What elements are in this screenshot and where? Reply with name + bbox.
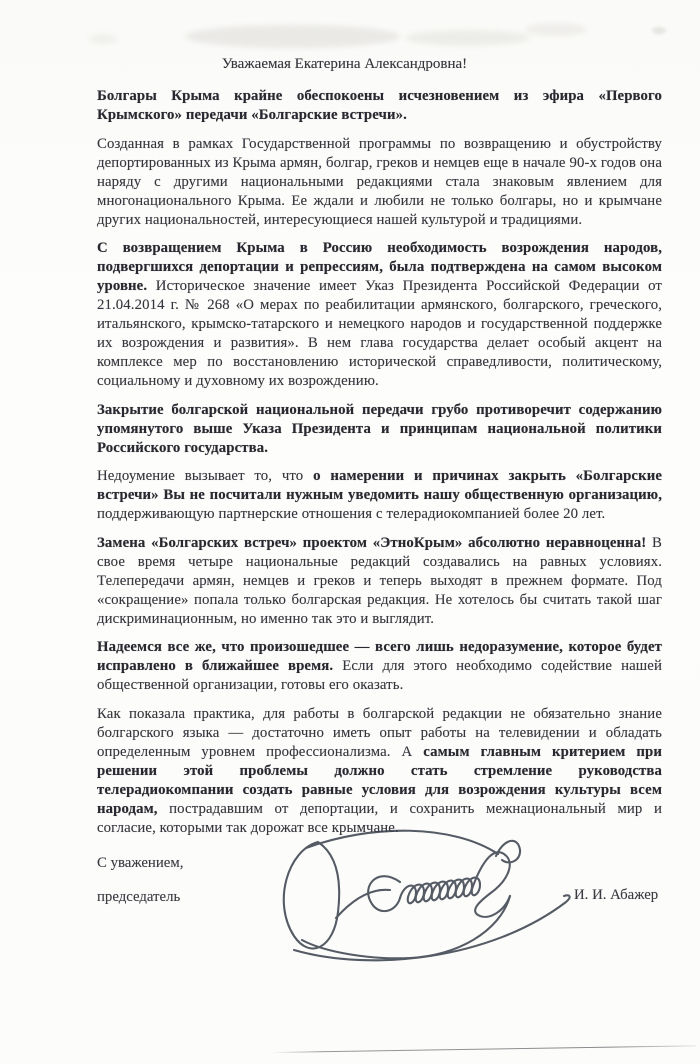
scan-smudge	[185, 25, 400, 48]
paragraph-segment: поддерживающую партнерские отношения с т…	[97, 506, 605, 522]
paragraph-segment-bold: Закрытие болгарской национальной передач…	[97, 402, 662, 456]
paragraph: Созданная в рамках Государственной прогр…	[97, 135, 662, 230]
paragraph-segment: Созданная в рамках Государственной прогр…	[97, 136, 662, 228]
scan-artifact-line	[272, 1045, 696, 1053]
paragraph-segment-bold: Болгары Крыма крайне обеспокоены исчезно…	[97, 88, 662, 123]
closing-title: председатель	[97, 889, 180, 906]
letter-body: Болгары Крыма крайне обеспокоены исчезно…	[97, 87, 662, 838]
scan-smudge	[525, 23, 587, 36]
paragraph: Недоумение вызывает то, что о намерении …	[97, 467, 662, 524]
signature-handwriting	[260, 822, 590, 977]
letter-page: Уважаемая Екатерина Александровна! Болга…	[0, 0, 700, 1064]
scan-smudge	[88, 34, 118, 44]
paragraph-segment: Историческое значение имеет Указ Президе…	[97, 278, 662, 389]
paragraph-segment: Недоумение вызывает то, что	[97, 468, 313, 484]
closing-respect: С уважением,	[97, 855, 183, 872]
paragraph: С возвращением Крыма в Россию необходимо…	[97, 239, 662, 391]
paragraph: Болгары Крыма крайне обеспокоены исчезно…	[97, 87, 662, 125]
paragraph: Как показала практика, для работы в болг…	[97, 705, 662, 838]
scan-smudge	[405, 30, 530, 46]
salutation: Уважаемая Екатерина Александровна!	[97, 55, 662, 74]
paragraph: Закрытие болгарской национальной передач…	[97, 401, 662, 458]
paragraph: Надеемся все же, что произошедшее — всег…	[97, 638, 662, 695]
scan-smudge	[652, 27, 666, 34]
paragraph-segment-bold: Замена «Болгарских встреч» проектом «Этн…	[97, 535, 652, 551]
paragraph: Замена «Болгарских встреч» проектом «Этн…	[97, 534, 662, 629]
